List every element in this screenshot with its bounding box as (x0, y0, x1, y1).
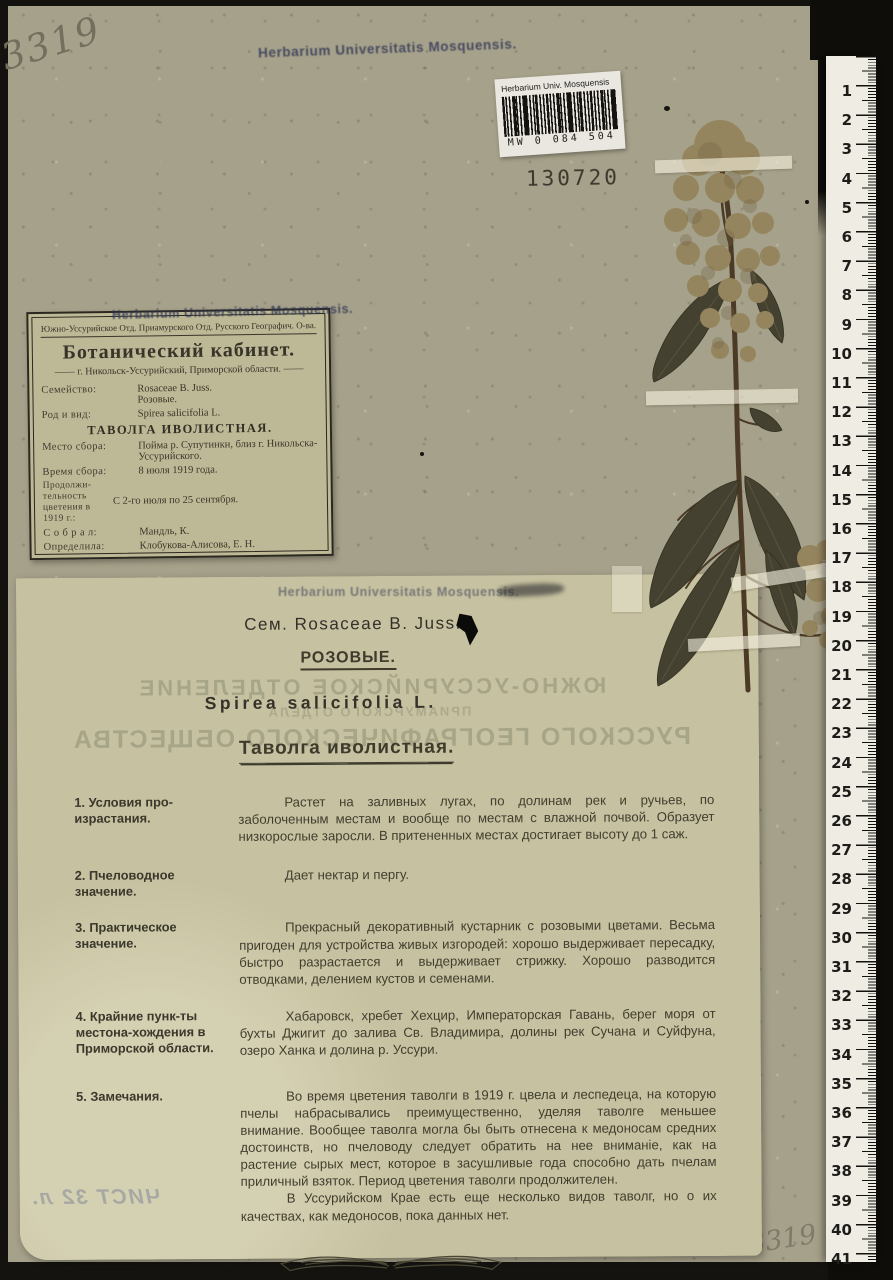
plant-leaves (650, 270, 806, 686)
ruler-number: 35 (828, 1075, 852, 1093)
ruler-number: 28 (828, 870, 852, 888)
ruler-number: 5 (828, 199, 852, 217)
label-row-flowering: Продолжи-тельность цветения в 1919 г.: С… (43, 477, 320, 525)
family-latin: Rosaceae B. Juss. (137, 383, 212, 395)
ruler-number: 29 (828, 900, 852, 918)
section-distribution: 4. Крайние пунк-ты местона-хождения в Пр… (76, 1005, 716, 1060)
section-beekeeping: 2. Пчеловодное значение. Дает нектар и п… (75, 864, 715, 900)
ruler-number: 32 (828, 987, 852, 1005)
ruler-number: 14 (828, 462, 852, 480)
tape-strip (612, 566, 642, 612)
ruler-number: 41 (828, 1250, 852, 1268)
ruler-number: 34 (828, 1046, 852, 1064)
barcode-icon (502, 89, 619, 137)
scan-border-top (0, 0, 893, 6)
species-russian-title: Таволга иволистная. (239, 737, 455, 764)
ruler-number: 33 (828, 1016, 852, 1034)
ruler-number: 11 (828, 374, 852, 392)
ruler-number: 30 (828, 929, 852, 947)
label-row-collector: С о б р а л: Мандль, К. (43, 524, 319, 539)
tape-strip (646, 389, 798, 406)
ruler-number: 24 (828, 754, 852, 772)
family-russian: Розовые. (137, 394, 177, 406)
ruler-number: 22 (828, 695, 852, 713)
ruler-number: 20 (828, 637, 852, 655)
society-line: Южно-Уссурийское Отд. Приамурского Отд. … (40, 320, 316, 338)
ruler-number: 16 (828, 520, 852, 538)
ruler-number: 9 (828, 316, 852, 334)
section-practical: 3. Практическое значение. Прекрасный дек… (75, 916, 715, 989)
ruler-number: 13 (828, 432, 852, 450)
ruler-number: 7 (828, 257, 852, 275)
ruler-number: 12 (828, 403, 852, 421)
ruler-number: 19 (828, 608, 852, 626)
ruler-number: 10 (828, 345, 852, 363)
ruler-number: 39 (828, 1192, 852, 1210)
label-row-determiner: Определила: Клобукова-Алисова, Е. Н. (43, 538, 319, 553)
ruler-number: 18 (828, 578, 852, 596)
old-label-title: Ботанический кабинет. (41, 338, 317, 365)
herbarium-stamp-main-label: Herbarium Universitatis Mosquensis. (278, 585, 519, 599)
family-russian-title: РОЗОВЫЕ. (300, 649, 396, 671)
ruler-number: 36 (828, 1104, 852, 1122)
label-row-family: Семейство: Rosaceae B. Juss. Розовые. (41, 381, 317, 407)
ruler-number: 6 (828, 228, 852, 246)
old-label-inner-frame: Южно-Уссурийское Отд. Приамурского Отд. … (31, 313, 328, 555)
ruler-number: 4 (828, 170, 852, 188)
ruler-number: 38 (828, 1162, 852, 1180)
old-label-rows: Семейство: Rosaceae B. Juss. Розовые. Ро… (41, 381, 319, 553)
old-label-location: —— г. Никольск-Уссурийский, Приморской о… (41, 363, 317, 378)
section-habitat: 1. Условия про-израстания. Растет на зал… (74, 791, 714, 846)
ink-speck (420, 452, 424, 456)
ruler-number: 2 (828, 111, 852, 129)
ruler-ticks (856, 56, 876, 1262)
label-row-place: Место сбора: Пойма р. Супутинки, близ г.… (42, 438, 318, 464)
decorative-flourish (20, 1248, 762, 1280)
description-sections: 1. Условия про-израстания. Растет на зал… (74, 791, 717, 1226)
ruler: 1234567891011121314151617181920212223242… (826, 56, 876, 1262)
ruler-number: 8 (828, 286, 852, 304)
ruler-number: 25 (828, 783, 852, 801)
ruler-number: 40 (828, 1221, 852, 1239)
main-label-content: Сем. Rosaceae B. Juss. РОЗОВЫЕ. Spirea s… (16, 612, 762, 1280)
ruler-number: 17 (828, 549, 852, 567)
barcode-label: Herbarium Univ. Mosquensis MW 0 084 504 (494, 71, 625, 158)
ruler-number: 15 (828, 491, 852, 509)
ruler-number: 37 (828, 1133, 852, 1151)
ruler-number: 21 (828, 666, 852, 684)
section-remarks: 5. Замечания. Во время цветения таволги … (76, 1085, 717, 1226)
ruler-number: 26 (828, 812, 852, 830)
label-row-date: Время сбора: 8 июля 1919 года. (42, 463, 318, 478)
ruler-number: 3 (828, 140, 852, 158)
herbarium-sheet: 3319 Herbarium Universitatis Mosquensis.… (0, 0, 893, 1280)
ruler-number: 31 (828, 958, 852, 976)
scan-border-right (876, 0, 893, 1280)
ruler-number: 1 (828, 82, 852, 100)
vernacular-name: ТАВОЛГА ИВОЛИСТНАЯ. (42, 420, 318, 439)
ruler-number: 23 (828, 724, 852, 742)
label-row-genus-species: Род и вид: Spirea salicifolia L. (42, 406, 318, 421)
ruler-number: 27 (828, 841, 852, 859)
old-collection-label: Южно-Уссурийское Отд. Приамурского Отд. … (26, 308, 333, 560)
